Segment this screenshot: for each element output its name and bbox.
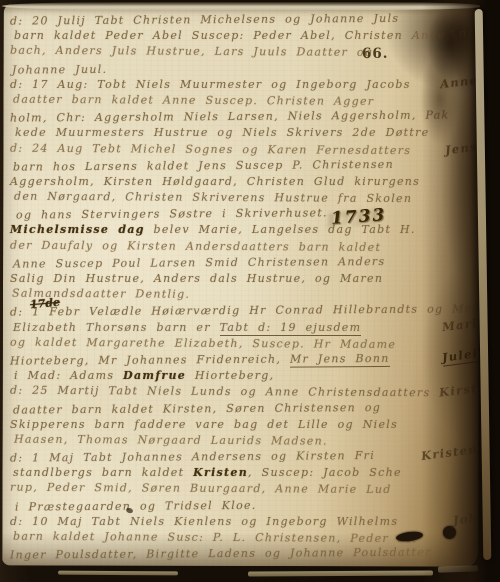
handwritten-text: Hiorteberg, (186, 369, 274, 382)
dark-ink-text: Damfrue (123, 369, 186, 382)
manuscript-line: Salig Din Hustrue, Anders dals Hustrue, … (10, 271, 454, 287)
handwritten-text: Haasen, Thomas Nørgaard Laurids Madsen. (14, 433, 328, 448)
manuscript-line: barn kaldet Peder Abel Suscep: Peder Abe… (10, 28, 454, 44)
bottom-page-edge (438, 565, 478, 572)
manuscript-line: standlbergs barn kaldet Kristen, Suscep:… (10, 465, 454, 481)
handwritten-text: barn hos Larsens kaldet Jens Suscep P. C… (13, 158, 394, 174)
handwritten-text: d: 1 Febr Velædle Høiærværdig Hr Conrad … (10, 303, 486, 319)
book-photo: d: 20 Julij Tabt Christen Michelsens og … (0, 0, 500, 582)
handwritten-text: og kaldet Margarethe Elizabeth, Suscep. … (10, 335, 396, 350)
handwritten-text: daatter barn kaldet Kirsten, Søren Chris… (13, 400, 381, 416)
margin-note: Jens (444, 138, 478, 158)
manuscript-line: Elizabeth Thorsøns barn er Tabt d: 19 ej… (10, 320, 454, 336)
year-annotation: 1733 (330, 205, 387, 229)
bottom-page-edge (248, 571, 433, 577)
handwritten-text: kede Muurmesters Hustrue og Niels Skrive… (15, 126, 430, 139)
handwritten-text: Salig Din Hustrue, Anders dals Hustrue, … (10, 272, 383, 285)
handwritten-text: Anne Suscep Poul Larsen Smid Christensen… (13, 255, 385, 271)
manuscript-text: d: 20 Julij Tabt Christen Michelsens og … (10, 12, 454, 562)
handwritten-text: Johanne Juul. (12, 62, 107, 76)
handwritten-text: , Suscep: Jacob Sche (248, 466, 402, 479)
manuscript-line: holm, Chr: Aggersholm Niels Larsen, Niel… (10, 108, 454, 127)
page-number: 66. (362, 46, 389, 62)
margin-note: Joh (452, 509, 479, 528)
manuscript-line: d: 1 Febr Velædle Høiærværdig Hr Conrad … (10, 302, 454, 321)
ink-correction: 17de (29, 296, 60, 312)
manuscript-line: Inger Poulsdatter, Birgitte Ladens og Jo… (10, 545, 454, 564)
manuscript-line: Hiorteberg, Mr Johannes Fridenreich, Mr … (10, 350, 454, 369)
page-top-edge (2, 2, 480, 10)
manuscript-line: og hans Stervingers Søstre i Skriverhuse… (10, 205, 454, 224)
handwritten-text: Inger Poulsdatter, Birgitte Ladens og Jo… (10, 546, 432, 562)
bottom-page-edge (58, 571, 178, 576)
manuscript-line: i Mad: Adams Damfrue Hiorteberg, (10, 368, 454, 384)
handwritten-text: Elizabeth Thorsøns barn er (13, 321, 220, 334)
manuscript-line: d: 10 Maj Tabt Niels Kienlens og Ingebor… (10, 514, 454, 530)
handwritten-text: barn kaldet Johanne Susc: P. L. Christen… (13, 530, 417, 545)
handwritten-text: i Mad: Adams (14, 369, 123, 382)
handwritten-text: Skipperens barn faddere vare bag det Lil… (10, 418, 398, 431)
handwritten-text: bach, Anders Juls Hustrue, Lars Juuls Da… (10, 44, 373, 59)
manuscript-line: Michelsmisse dag belev Marie, Langelses … (10, 222, 454, 238)
handwritten-text: barn kaldet Peder Abel Suscep: Peder Abe… (14, 29, 446, 42)
handwritten-text: d: 1 Maj Tabt Johannes Andersens og Kirs… (10, 449, 375, 465)
handwritten-text: Hiorteberg, Mr Johannes Fridenreich, (10, 353, 290, 368)
handwritten-text: d: 10 Maj Tabt Niels Kienlens og Ingebor… (10, 515, 398, 528)
manuscript-line: kede Muurmesters Hustrue og Niels Skrive… (10, 125, 454, 141)
handwritten-text: daatter barn kaldet Anne Suscep. Christe… (13, 93, 374, 108)
manuscript-line: d: 20 Julij Tabt Christen Michelsens og … (10, 10, 454, 29)
manuscript-line: daatter barn kaldet Kirsten, Søren Chris… (10, 399, 454, 418)
handwritten-text: rup, Peder Smid, Søren Buurgaard, Anne M… (10, 481, 392, 496)
handwritten-text: og hans Stervingers Søstre i Skriverhuse… (16, 207, 328, 222)
manuscript-line: Aggersholm, Kirsten Høldgaard, Christen … (10, 174, 454, 190)
handwritten-text: Mr Jens Bonn (290, 352, 390, 368)
manuscript-line: i Præstegaarden og Tridsel Kloe. (10, 496, 454, 515)
manuscript-line: barn hos Larsens kaldet Jens Suscep P. C… (10, 156, 454, 175)
handwritten-text: d: 25 Martij Tabt Niels Lunds og Anne Ch… (10, 384, 430, 400)
handwritten-text: der Daufaly og Kirsten Andersdaatters ba… (10, 238, 381, 253)
manuscript-line: Anne Suscep Poul Larsen Smid Christensen… (10, 253, 454, 272)
handwritten-text: Tabt d: 19 ejusdem (220, 321, 362, 336)
handwritten-text: den Nørgaard, Christen Skriverens Hustru… (14, 190, 412, 205)
ink-blot (443, 526, 456, 539)
handwritten-text: i Præstegaarden og Tridsel Kloe. (15, 498, 257, 513)
dark-ink-text: Michelsmisse dag (10, 223, 145, 236)
dark-ink-text: Kristen (193, 466, 248, 479)
handwritten-text: d: 17 Aug: Tobt Niels Muurmester og Inge… (10, 78, 411, 91)
manuscript-line: d: 17 Aug: Tobt Niels Muurmester og Inge… (10, 77, 454, 93)
handwritten-text: holm, Chr: Aggersholm Niels Larsen, Niel… (10, 109, 450, 125)
manuscript-line: Skipperens barn faddere vare bag det Lil… (10, 417, 454, 433)
handwritten-text: d: 24 Aug Tebt Michel Sognes og Karen Fe… (10, 141, 411, 156)
handwritten-text: standlbergs barn kaldet (13, 466, 193, 479)
handwritten-text: d: 20 Julij Tabt Christen Michelsens og … (10, 12, 399, 28)
manuscript-line: d: 1 Maj Tabt Johannes Andersens og Kirs… (10, 448, 454, 467)
handwritten-text: Aggersholm, Kirsten Høldgaard, Christen … (10, 175, 420, 188)
